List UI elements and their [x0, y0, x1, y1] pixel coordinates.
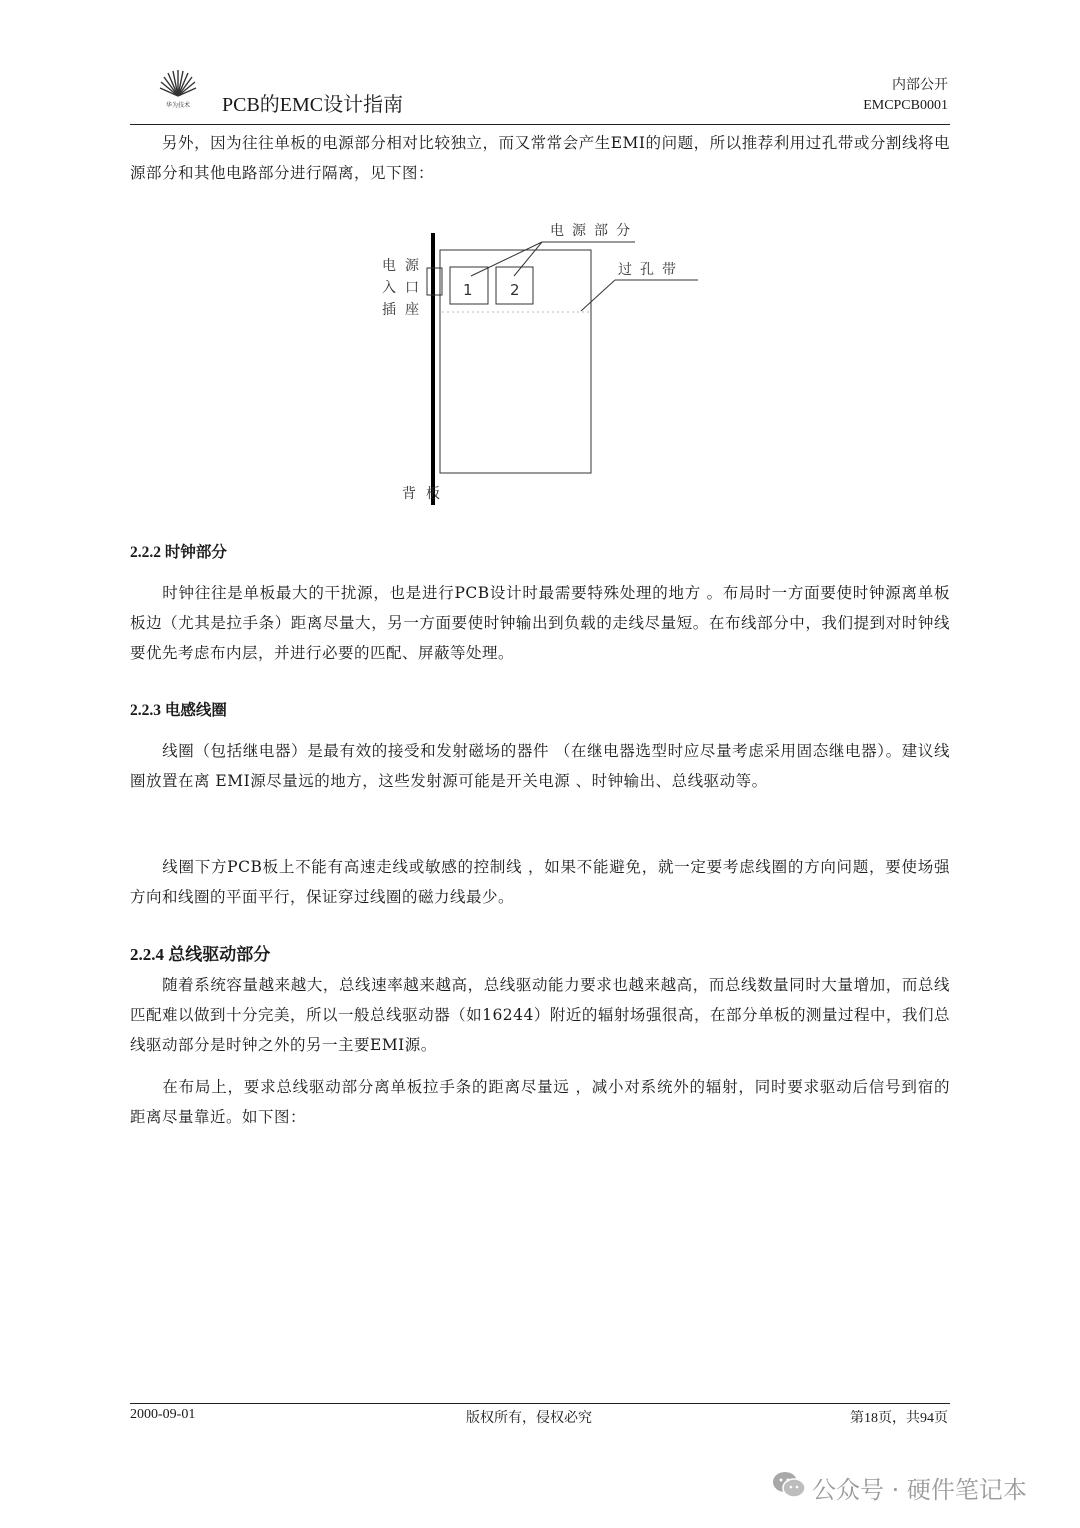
document-id: EMCPCB0001: [863, 96, 948, 116]
label-backplane: 背板: [402, 483, 450, 503]
label-power-section: 电源部分: [550, 220, 638, 240]
wechat-icon: [772, 1471, 806, 1505]
classification-label: 内部公开: [863, 76, 948, 96]
bus-driver-paragraph-1: 随着系统容量越来越大，总线速率越来越高，总线驱动能力要求也越来越高，而总线数量同…: [130, 970, 950, 1060]
section-heading-clock: 2.2.2 时钟部分: [130, 540, 227, 562]
footer-page-number: 第18页，共94页: [850, 1407, 948, 1427]
box-1-label: 1: [463, 281, 473, 299]
inductor-paragraph-2-text: 线圈下方PCB板上不能有高速走线或敏感的控制线 ，如果不能避免，就一定要考虑线圈…: [130, 858, 950, 906]
document-title: PCB的EMC设计指南: [222, 88, 403, 117]
label-power-inlet-line2: 入口: [382, 277, 428, 297]
footer-copyright: 版权所有，侵权必究: [466, 1407, 592, 1427]
footer-divider: [130, 1403, 950, 1404]
section-heading-bus-driver: 2.2.4 总线驱动部分: [130, 940, 270, 965]
svg-text:华为技术: 华为技术: [166, 101, 190, 109]
label-power-inlet-line1: 电源: [382, 255, 428, 275]
label-power-inlet-line3: 插座: [382, 299, 428, 319]
section-heading-inductor: 2.2.3 电感线圈: [130, 698, 227, 720]
intro-text: 另外，因为往往单板的电源部分相对比较独立，而又常常会产生EMI的问题，所以推荐利…: [130, 134, 950, 182]
clock-paragraph-text: 时钟往往是单板最大的干扰源，也是进行PCB设计时最需要特殊处理的地方 。布局时一…: [130, 584, 950, 662]
watermark-text: 公众号 · 硬件笔记本: [812, 1470, 1027, 1505]
footer-date: 2000-09-01: [130, 1407, 195, 1423]
inductor-paragraph-1-text: 线圈（包括继电器）是最有效的接受和发射磁场的器件 （在继电器选型时应尽量考虑采用…: [130, 742, 950, 790]
bus-driver-paragraph-1-text: 随着系统容量越来越大，总线速率越来越高，总线驱动能力要求也越来越高，而总线数量同…: [130, 976, 950, 1054]
box-2-label: 2: [510, 281, 520, 299]
bus-driver-paragraph-2: 在布局上，要求总线驱动部分离单板拉手条的距离尽量远 ，减小对系统外的辐射，同时要…: [130, 1072, 950, 1132]
company-logo-icon: 华为技术: [156, 66, 200, 110]
inductor-paragraph-2: 线圈下方PCB板上不能有高速走线或敏感的控制线 ，如果不能避免，就一定要考虑线圈…: [130, 852, 950, 912]
header-meta: 内部公开 EMCPCB0001: [863, 76, 948, 116]
header-divider: [130, 124, 950, 125]
power-isolation-diagram: 电源部分 过孔带 电源 入口 插座 背板 1 2: [360, 215, 720, 515]
label-via-band: 过孔带: [618, 259, 684, 279]
bus-driver-paragraph-2-text: 在布局上，要求总线驱动部分离单板拉手条的距离尽量远 ，减小对系统外的辐射，同时要…: [130, 1078, 950, 1126]
inductor-paragraph-1: 线圈（包括继电器）是最有效的接受和发射磁场的器件 （在继电器选型时应尽量考虑采用…: [130, 736, 950, 796]
watermark: 公众号 · 硬件笔记本: [772, 1470, 1027, 1505]
intro-paragraph: 另外，因为往往单板的电源部分相对比较独立，而又常常会产生EMI的问题，所以推荐利…: [130, 128, 950, 188]
clock-paragraph: 时钟往往是单板最大的干扰源，也是进行PCB设计时最需要特殊处理的地方 。布局时一…: [130, 578, 950, 668]
